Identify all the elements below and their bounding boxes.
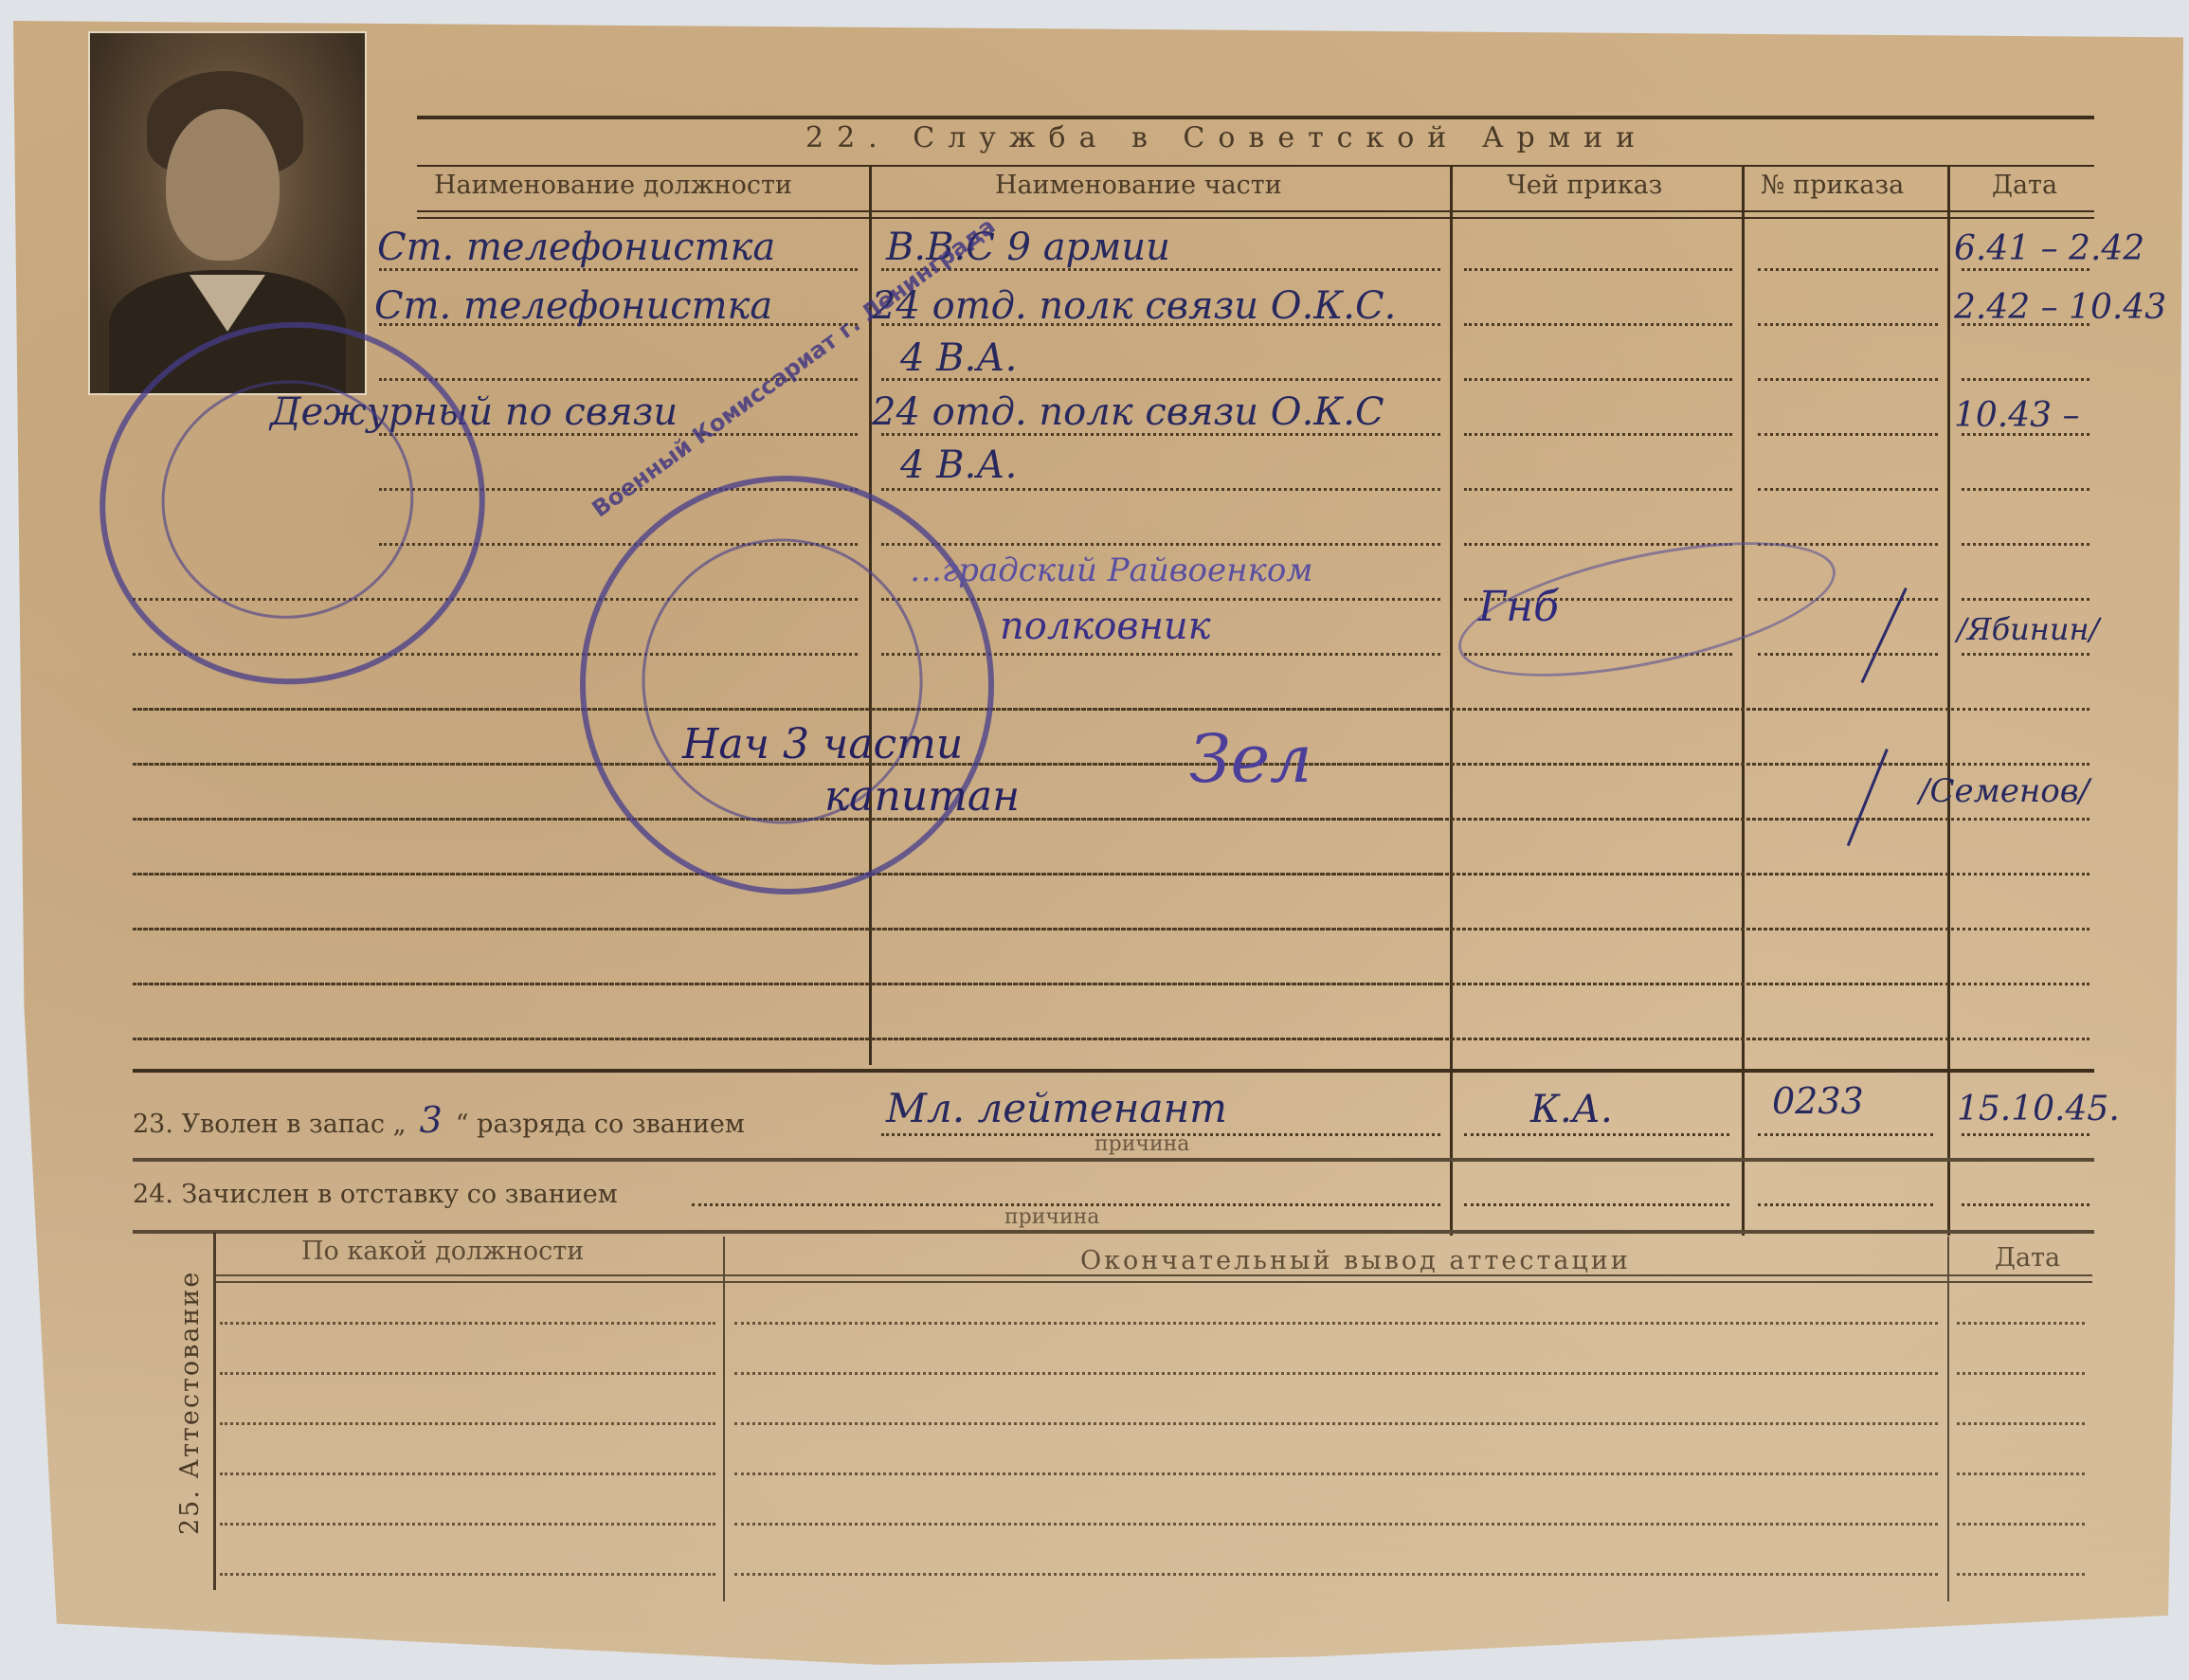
signature-colonel: Гнб (1478, 583, 1559, 631)
col-date-header: Дата (1992, 171, 2057, 200)
ruled-line (220, 1372, 715, 1375)
ruled-line (734, 1322, 1938, 1325)
col-whose-order-header: Чей приказ (1507, 171, 1662, 200)
ruled-line (133, 873, 2089, 876)
ruled-line (1962, 543, 2089, 546)
signature-captain: Зел (1189, 720, 1312, 798)
ruled-line (1957, 1372, 2085, 1375)
ruled-line (1758, 653, 1938, 656)
section23-label: 23. Уволен в запас „3“ разряда со звание… (133, 1099, 745, 1141)
row2-unit-cont: 4 В.А. (900, 336, 1017, 380)
ruled-line (1962, 488, 2089, 491)
chief-text: Нач 3 части (682, 720, 963, 768)
ruled-line (220, 1573, 715, 1576)
ruled-line (1464, 323, 1732, 326)
col-position-header: Наименование должности (434, 171, 792, 200)
rank-captain: капитан (824, 772, 1020, 821)
row3-unit-cont: 4 В.А. (900, 443, 1017, 487)
section25-side-label: 25. Аттестование (175, 1271, 205, 1535)
attest-col-conclusion: Окончательный вывод аттестации (1080, 1246, 1631, 1275)
discharge-whose-order: К.А. (1530, 1088, 1613, 1131)
row3-date: 10.43 – (1954, 396, 2080, 435)
ruled-line (734, 1472, 1938, 1475)
row2-unit: 24 отд. полк связи О.К.С. (872, 284, 1396, 328)
ruled-line (220, 1523, 715, 1526)
commissariat-text: …градский Райвоенком (910, 551, 1313, 589)
ruled-line (220, 1422, 715, 1425)
attest-col-date: Дата (1995, 1243, 2060, 1273)
ruled-line (1758, 488, 1938, 491)
ruled-line (1758, 268, 1938, 271)
discharge-rank: Мл. лейтенант (886, 1085, 1227, 1131)
section24-label: 24. Зачислен в отставку со званием (133, 1180, 618, 1209)
ruled-line (881, 488, 1440, 491)
row2-date: 2.42 – 10.43 (1954, 288, 2166, 327)
ruled-line (1962, 653, 2089, 656)
ruled-line (133, 708, 2089, 711)
ruled-line (133, 763, 2089, 766)
section23-reason-label: причина (1094, 1132, 1189, 1156)
ruled-line (1957, 1573, 2085, 1576)
ruled-line (1962, 598, 2089, 601)
ruled-line (1957, 1472, 2085, 1475)
ruled-line (220, 1322, 715, 1325)
ruled-line (1464, 268, 1732, 271)
ruled-line (1758, 433, 1938, 436)
name-colonel: /Ябинин/ (1957, 611, 2099, 647)
section24-reason-label: причина (1004, 1205, 1099, 1229)
ruled-line (1962, 268, 2089, 271)
ruled-line (133, 818, 2089, 821)
col-order-no-header: № приказа (1761, 171, 1904, 200)
discharge-category: 3 (407, 1099, 456, 1141)
ruled-line (1464, 488, 1732, 491)
ruled-line (133, 1038, 2089, 1040)
ruled-line (133, 928, 2089, 930)
discharge-date: 15.10.45. (1957, 1090, 2120, 1129)
ruled-line (220, 1472, 715, 1475)
ruled-line (1464, 378, 1732, 381)
row1-date: 6.41 – 2.42 (1954, 229, 2144, 268)
ruled-line (734, 1422, 1938, 1425)
ruled-line (734, 1523, 1938, 1526)
row2-position: Ст. телефонистка (374, 284, 772, 328)
ruled-line (734, 1372, 1938, 1375)
section22-title: 22. Служба в Советской Армии (805, 121, 1648, 154)
row3-unit: 24 отд. полк связи О.К.С (872, 390, 1384, 434)
ruled-line (1758, 323, 1938, 326)
col-unit-header: Наименование части (995, 171, 1282, 200)
ruled-line (1962, 378, 2089, 381)
name-captain: /Семенов/ (1919, 772, 2089, 810)
ruled-line (1464, 433, 1732, 436)
row1-position: Ст. телефонистка (377, 226, 775, 269)
ruled-line (1957, 1523, 2085, 1526)
ruled-line (881, 543, 1440, 546)
discharge-order-no: 0233 (1772, 1080, 1864, 1122)
attest-col-position: По какой должности (301, 1237, 584, 1266)
ruled-line (1957, 1322, 2085, 1325)
ruled-line (734, 1573, 1938, 1576)
rank-colonel: полковник (1000, 605, 1211, 648)
ruled-line (1957, 1422, 2085, 1425)
ruled-line (1758, 378, 1938, 381)
ruled-line (133, 983, 2089, 985)
